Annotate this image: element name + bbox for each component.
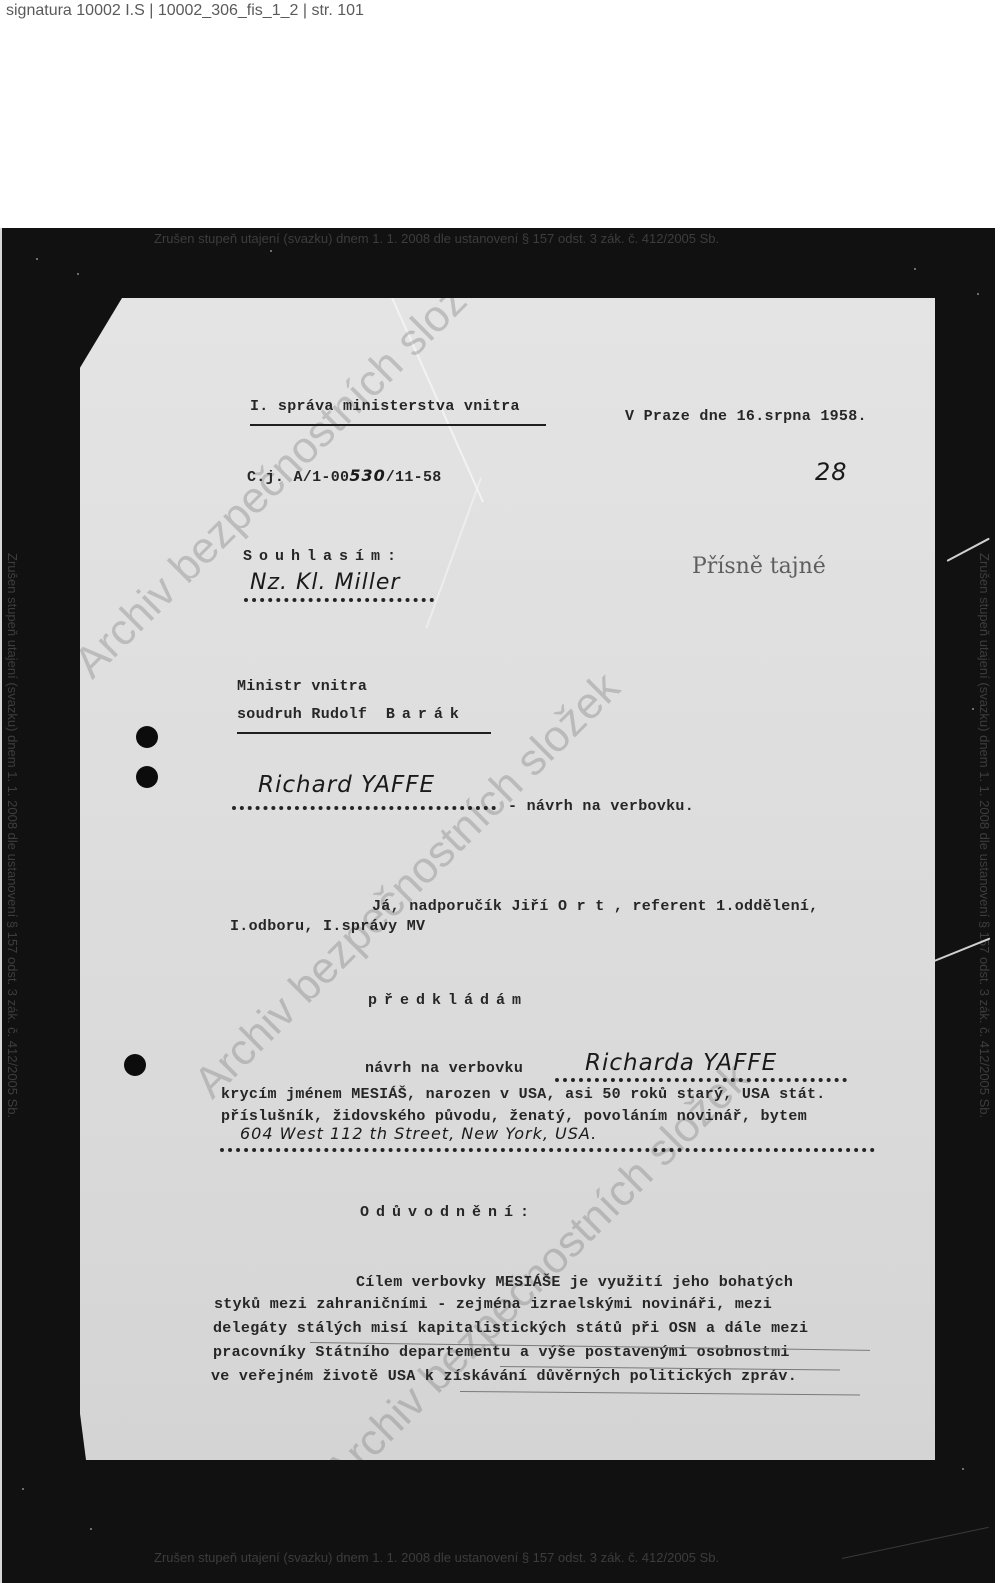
document-sheet: Archiv bezpečnostních složek Archiv bezp… <box>80 298 935 1460</box>
film-speck <box>36 258 38 260</box>
address-handwritten: 604 West 112 th Street, New York, USA. <box>240 1124 597 1143</box>
reference-handwritten: 530 <box>349 466 385 485</box>
punch-hole <box>136 766 158 788</box>
signature-dotted-line <box>244 598 434 602</box>
subject-name-handwritten: Richard YAFFE <box>258 772 435 798</box>
film-speck <box>22 1488 24 1490</box>
reference-number: C.j. A/1-00530/11-58 <box>247 466 442 486</box>
addressee-surname: Barák <box>386 706 466 723</box>
declassification-stamp-left: Zrušen stupeň utajení (svazku) dnem 1. 1… <box>5 553 20 1118</box>
film-hair-artifact <box>425 478 482 629</box>
scanned-page: Zrušen stupeň utajení (svazku) dnem 1. 1… <box>0 228 995 1583</box>
proposal-name-handwritten: Richarda YAFFE <box>585 1050 777 1076</box>
film-speck <box>977 293 979 295</box>
submit-word: předkládám <box>368 992 528 1009</box>
approval-label: Souhlasím: <box>243 548 403 565</box>
justification-heading: Odůvodnění: <box>360 1204 536 1221</box>
declassification-stamp-bottom: Zrušen stupeň utajení (svazku) dnem 1. 1… <box>154 1550 719 1565</box>
pencil-underline <box>460 1391 860 1395</box>
addressee-name: soudruh Rudolf Barák <box>237 706 466 723</box>
punch-hole <box>124 1054 146 1076</box>
proposal-dotted-line <box>555 1078 847 1082</box>
addressee-underline <box>237 732 491 734</box>
classification-stamp: Přísně tajné <box>692 554 826 579</box>
subject-dotted-line <box>232 806 496 810</box>
address-dotted-line <box>220 1148 875 1152</box>
intro-line-1: Já, nadporučík Jiří O r t , referent 1.o… <box>372 898 818 915</box>
punch-hole <box>136 726 158 748</box>
issuing-office: I. správa ministerstva vnitra <box>250 398 520 415</box>
place-and-date: V Praze dne 16.srpna 1958. <box>625 408 867 425</box>
declassification-stamp-top: Zrušen stupeň utajení (svazku) dnem 1. 1… <box>154 231 719 246</box>
film-hair-artifact <box>360 228 484 502</box>
details-line-1: krycím jménem MESIÁŠ, narozen v USA, asi… <box>221 1086 826 1103</box>
reference-suffix: /11-58 <box>386 469 442 486</box>
details-line-2: příslušník, židovského původu, ženatý, p… <box>221 1108 807 1125</box>
approval-signature: Nz. Kl. Miller <box>250 570 400 595</box>
page-mark-handwritten: 28 <box>815 458 848 486</box>
proposal-prefix: návrh na verbovku <box>365 1060 523 1077</box>
addressee-title: Ministr vnitra <box>237 678 367 695</box>
film-speck <box>914 268 916 270</box>
film-speck <box>972 708 974 710</box>
body-line-1: Cílem verbovky MESIÁŠE je využití jeho b… <box>356 1274 793 1291</box>
film-scratch <box>842 1527 989 1559</box>
reference-prefix: C.j. A/1-00 <box>247 469 349 486</box>
body-line-3: delegáty stálých misí kapitalistických s… <box>213 1320 808 1337</box>
issuer-underline <box>250 424 546 426</box>
intro-line-2: I.odboru, I.správy MV <box>230 918 425 935</box>
subject-suffix: - návrh na verbovku. <box>508 798 694 815</box>
film-speck <box>90 1528 92 1530</box>
body-line-2: styků mezi zahraničními - zejména izrael… <box>214 1296 772 1313</box>
film-speck <box>77 273 79 275</box>
film-speck <box>270 250 272 252</box>
document-signature-header: signatura 10002 I.S | 10002_306_fis_1_2 … <box>6 2 364 20</box>
archive-watermark: Archiv bezpečnostních složek <box>185 663 630 1108</box>
declassification-stamp-right: Zrušen stupeň utajení (svazku) dnem 1. 1… <box>977 553 992 1118</box>
body-line-5: ve veřejném životě USA k získávání důvěr… <box>211 1368 797 1385</box>
film-speck <box>962 1468 964 1470</box>
